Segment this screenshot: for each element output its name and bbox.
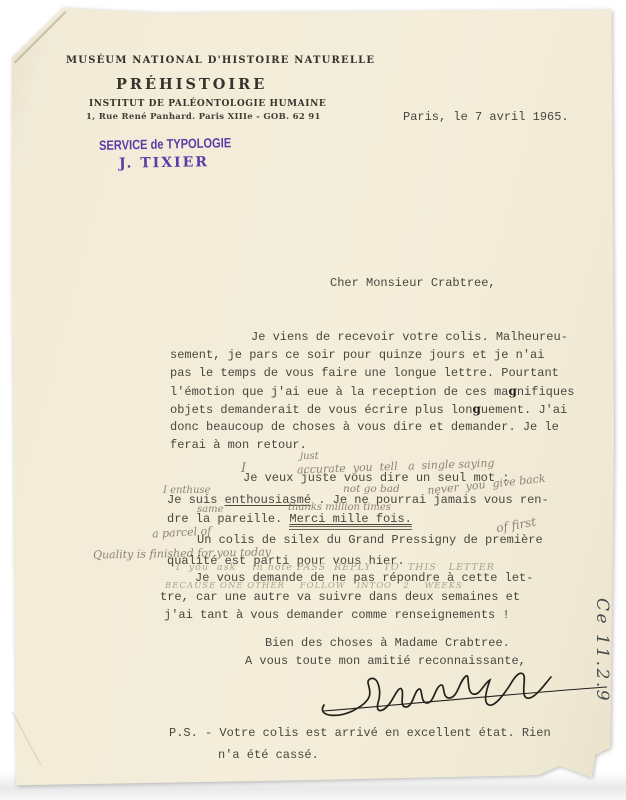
letterhead-address: 1, Rue René Panhard. Paris XIIIe - GOB. … bbox=[86, 112, 321, 122]
handwritten-g-correction: g bbox=[472, 402, 480, 416]
typed-line: ferai à mon retour. bbox=[170, 438, 307, 452]
date-line: Paris, le 7 avril 1965. bbox=[403, 110, 569, 124]
signature-scrawl bbox=[320, 663, 610, 721]
typed-line: donc beaucoup de choses à vous dire et d… bbox=[170, 420, 559, 434]
typed-segment: uement. J'ai bbox=[481, 403, 567, 417]
typed-line-with-ink-correction: objets demanderait de vous écrire plus l… bbox=[170, 402, 567, 417]
typed-segment: dre la pareille. bbox=[167, 512, 289, 526]
typed-line: pas le temps de vous faire une longue le… bbox=[170, 366, 559, 380]
typed-segment: nifiques bbox=[517, 385, 575, 399]
typed-line: tre, car une autre va suivre dans deux s… bbox=[160, 590, 520, 604]
postscript-line: P.S. - Votre colis est arrivé en excelle… bbox=[169, 726, 551, 740]
postscript-line: n'a été cassé. bbox=[218, 748, 319, 762]
typed-segment: l'émotion que j'ai eue à la reception de… bbox=[170, 385, 508, 399]
double-underlined-phrase: Merci mille fois. bbox=[289, 512, 411, 530]
letterhead-institute: INSTITUT DE PALÉONTOLOGIE HUMAINE bbox=[89, 99, 326, 109]
letterhead-institution: MUSÉUM NATIONAL D'HISTOIRE NATURELLE bbox=[66, 55, 375, 66]
typology-service-stamp: SERVICE de TYPOLOGIE bbox=[99, 135, 231, 153]
tixier-name-stamp: J. TIXIER bbox=[119, 154, 209, 172]
archive-number-note: Ce 11.2.9 bbox=[592, 598, 612, 703]
letterhead-department: PRÉHISTOIRE bbox=[116, 76, 267, 93]
handwritten-annotation: just bbox=[300, 451, 319, 462]
typed-segment: objets demanderait de vous écrire plus l… bbox=[170, 403, 472, 417]
handwritten-g-correction: g bbox=[508, 384, 516, 398]
typed-line-with-ink-correction: l'émotion que j'ai eue à la reception de… bbox=[170, 384, 574, 399]
scanned-letter-page: { "letterhead": { "line1": "MUSÉUM NATIO… bbox=[0, 0, 626, 800]
typed-line: Je viens de recevoir votre colis. Malheu… bbox=[251, 330, 568, 344]
typed-line: j'ai tant à vous demander comme renseign… bbox=[164, 608, 510, 622]
closing-regards-line: Bien des choses à Madame Crabtree. bbox=[265, 636, 510, 650]
salutation: Cher Monsieur Crabtree, bbox=[330, 276, 496, 290]
typed-line: sement, je pars ce soir pour quinze jour… bbox=[170, 348, 544, 362]
